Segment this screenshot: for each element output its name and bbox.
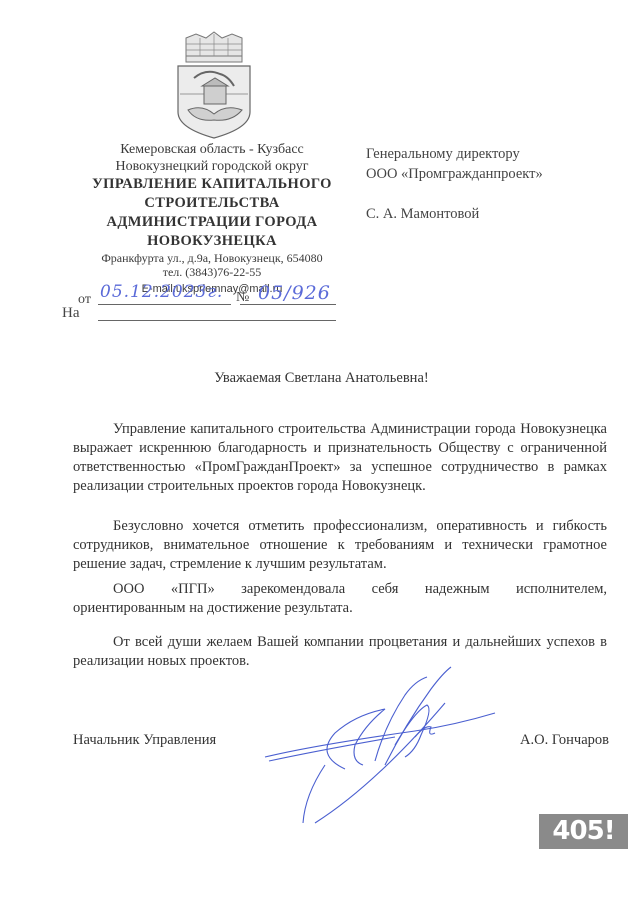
handwritten-signature-icon (255, 665, 515, 825)
paragraph-1: Управление капитального строительства Ад… (73, 420, 607, 496)
paragraph-2: Безусловно хочется отметить профессионал… (73, 517, 607, 574)
date-underline (98, 304, 231, 305)
signatory-name: А.О. Гончаров (520, 732, 609, 749)
address-line: Франкфурта ул., д.9а, Новокузнецк, 65408… (62, 251, 362, 265)
district-line: Новокузнецкий городской округ (62, 158, 362, 175)
org-name-line-3: АДМИНИСТРАЦИИ ГОРОДА (62, 213, 362, 232)
greeting: Уважаемая Светлана Анатольевна! (0, 370, 643, 387)
to-label: На (62, 305, 80, 322)
number-underline (240, 304, 336, 305)
phone-line: тел. (3843)76-22-55 (62, 265, 362, 279)
org-name-line-2: СТРОИТЕЛЬСТВА (62, 194, 362, 213)
recipient-block: Генеральному директору ООО «Промгражданп… (366, 144, 543, 224)
region-line: Кемеровская область - Кузбасс (62, 141, 362, 158)
recipient-position: Генеральному директору (366, 144, 543, 164)
org-name-line-1: УПРАВЛЕНИЕ КАПИТАЛЬНОГО (62, 175, 362, 194)
handwritten-number: 05/926 (258, 282, 331, 304)
letterhead: Кемеровская область - Кузбасс Новокузнец… (62, 141, 362, 296)
org-name-line-4: НОВОКУЗНЕЦКА (62, 232, 362, 251)
recipient-company: ООО «Промгражданпроект» (366, 164, 543, 184)
city-coat-of-arms-icon (172, 30, 256, 140)
paragraph-3: ООО «ПГП» зарекомендовала себя надежным … (73, 580, 607, 618)
paragraph-text: ООО «ПГП» зарекомендовала себя надежным … (73, 580, 607, 618)
to-underline (98, 320, 336, 321)
paragraph-text: Безусловно хочется отметить профессионал… (73, 517, 607, 574)
signatory-title: Начальник Управления (73, 732, 216, 749)
recipient-name: С. А. Мамонтовой (366, 204, 543, 224)
handwritten-date: 05.12.2023г. (100, 282, 223, 302)
corner-stamp-badge: 405! (539, 814, 628, 849)
paragraph-text: Управление капитального строительства Ад… (73, 420, 607, 496)
